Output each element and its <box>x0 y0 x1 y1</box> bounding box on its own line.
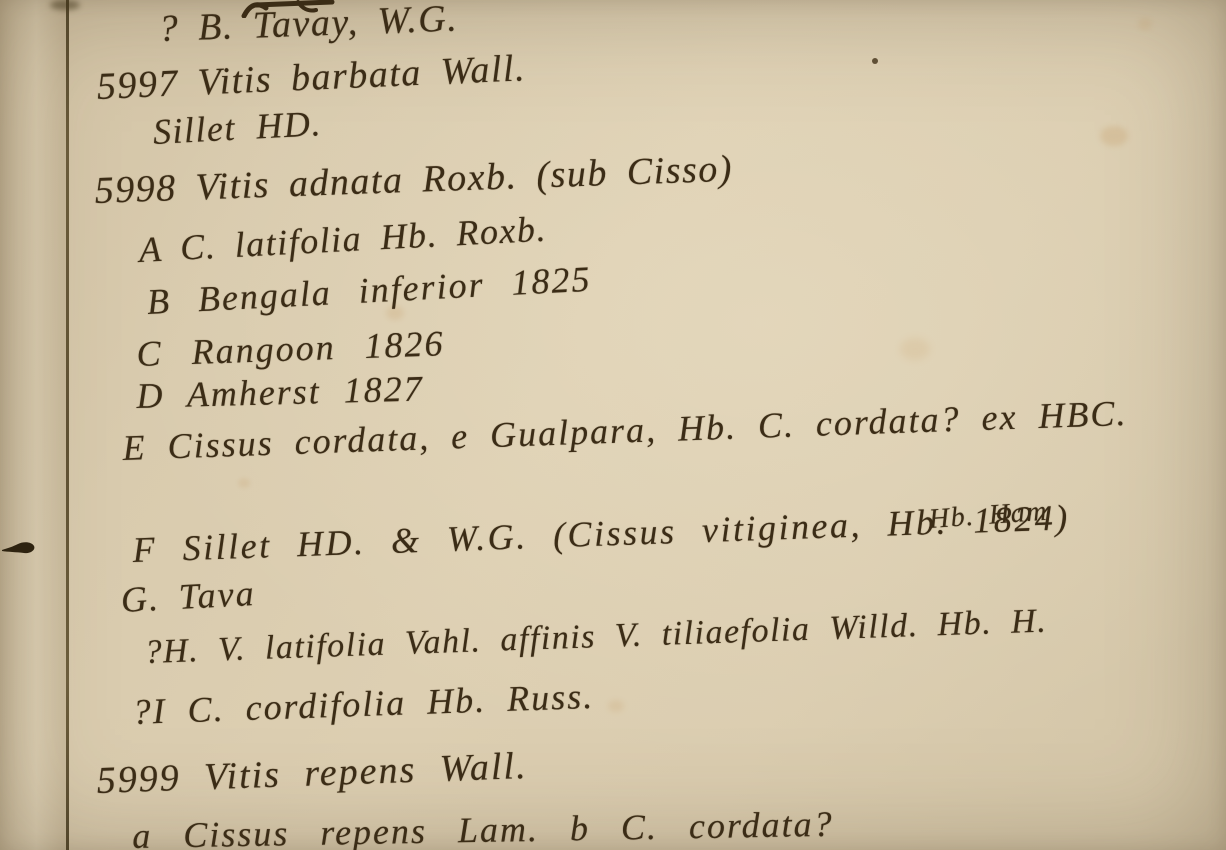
top-edge-smudge <box>50 0 80 10</box>
entry-5997-locality-line: Sillet HD. <box>152 105 323 150</box>
ink-speck <box>872 58 878 64</box>
entry-5997-line: 5997 Vitis barbata Wall. <box>96 49 527 106</box>
foxing-spot <box>238 478 250 488</box>
foxing-spot <box>608 700 624 712</box>
sub-entry-f-line: F Sillet HD. & W.G. (Cissus vitiginea, H… <box>132 499 1070 568</box>
entry-5999-line: 5999 Vitis repens Wall. <box>96 747 528 800</box>
entry-tavay-locality-line: ? B. Tavay, W.G. <box>158 0 459 48</box>
foxing-spot <box>1138 18 1152 30</box>
sub-entry-c-line: C Rangoon 1826 <box>136 325 445 372</box>
entry-5998-line: 5998 Vitis adnata Roxb. (sub Cisso) <box>94 150 734 210</box>
sub-entry-b-line: B Bengala inferior 1825 <box>146 261 592 320</box>
sub-entry-i-line: ?I C. cordifolia Hb. Russ. <box>132 678 595 730</box>
foxing-spot <box>1100 126 1128 146</box>
margin-rule-line <box>66 0 69 850</box>
entry-5999-sub-line-clipped: a Cissus repens Lam. b C. cordata? <box>132 806 834 850</box>
sub-entry-g-line: G. Tava <box>120 575 256 618</box>
sub-entry-a-line: A C. latifolia Hb. Roxb. <box>138 211 548 268</box>
sub-entry-d-line: D Amherst 1827 <box>136 370 424 414</box>
foxing-spot <box>900 338 930 360</box>
sub-entry-h-line: ?H. V. latifolia Vahl. affinis V. tiliae… <box>144 604 1048 669</box>
page-gutter-shading <box>0 0 66 850</box>
manuscript-page: ? B. Tavay, W.G. 5997 Vitis barbata Wall… <box>0 0 1226 850</box>
ink-blot <box>0 534 42 558</box>
